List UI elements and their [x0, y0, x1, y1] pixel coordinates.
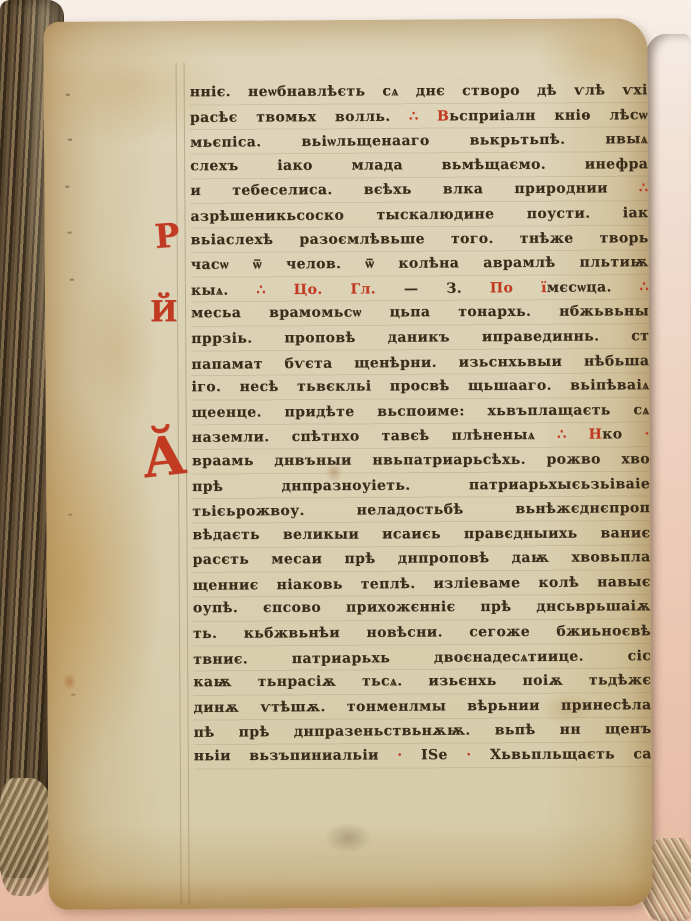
body-text: мєсѡца.	[547, 279, 640, 296]
text-line: динѫ ѵтѣшѫ. тонменлмы вѣрьнии принесѣла	[193, 693, 651, 720]
body-text: азрѣшеникьсоско тыскалюдине поусти. іак	[190, 205, 648, 225]
rubric-text: ·	[466, 747, 490, 763]
rubric-text: По	[490, 280, 541, 296]
text-line: ньіи вьзъпиниальіи · ІЅе · Хьвьпльщаєть …	[194, 742, 652, 769]
text-line: вѣдаєть великыи исаиєь правєдныихь ваниє	[192, 521, 650, 548]
body-text: пррзіь. проповѣ даникъ иправединнь. ст	[191, 328, 649, 347]
text-line: расѣє твомьх волль. ∴ Вьсприіалн кніѳ лѣ…	[190, 103, 648, 130]
rubric-text: ·	[644, 426, 649, 442]
rubric-text: Цо.	[294, 281, 351, 297]
margin-initial-a: Ӑ	[139, 427, 189, 486]
rubric-text: Гл.	[350, 281, 404, 297]
text-line: месьа врамомьсѡ цьпа тонархь. нбжьвьны	[191, 300, 649, 327]
rubric-text: ∴	[557, 427, 589, 443]
body-text: прѣ днпразноуіеть. патриарьхыєьзьіваіе	[192, 476, 650, 495]
rubric-text: ∴	[409, 108, 437, 124]
body-text: динѫ ѵтѣшѫ. тонменлмы вѣрьнии принесѣла	[193, 697, 651, 716]
body-text: нніє. неѡбнавлѣєть сѧ днє створо дѣ ѵлѣ …	[190, 82, 648, 100]
body-text: ьсприіалн кніѳ лѣсѡ	[449, 107, 648, 124]
text-line: іго. несѣ тьвєкльі просвѣ щьшааго. вьіпѣ…	[191, 373, 649, 400]
body-text: оупѣ. єпсово прихожєнніє прѣ днсьврьшаіѫ	[193, 599, 651, 617]
body-text: щеенце. придѣте вьспоиме: хьвъплащаєть с…	[192, 402, 650, 421]
text-line: оупѣ. єпсово прихожєнніє прѣ днсьврьшаіѫ	[193, 595, 651, 622]
body-text: папамат бѵєта щенѣрни. изьснхьвыи нѣбьша	[191, 353, 649, 373]
body-text: Хьвьпльщаєть са	[490, 746, 652, 763]
body-text: твниє. патриарьхь двоєнадесѧтиице. сіс	[193, 648, 651, 668]
text-line: нніє. неѡбнавлѣєть сѧ днє створо дѣ ѵлѣ …	[190, 78, 648, 105]
text-line: слехъ іако млада вьмѣщаємо. инефра	[190, 152, 648, 179]
body-text: расѣє твомьх волль.	[190, 108, 409, 125]
text-line: щеенце. придѣте вьспоиме: хьвъплащаєть с…	[192, 398, 650, 425]
body-text: ІЅе	[421, 747, 466, 763]
text-line: прѣ днпразноуіеть. патриарьхыєьзьіваіе	[192, 472, 650, 499]
body-text: іго. несѣ тьвєкльі просвѣ щьшааго. вьіпѣ…	[191, 377, 649, 395]
body-text: наземли. спѣтнхо тавєѣ плѣненыѧ	[192, 427, 557, 446]
text-line: враамь днвъныи нвьпатриарьсѣхь. рожво хв…	[192, 447, 650, 474]
manuscript-photo: Р Й Ӑ нніє. неѡбнавлѣєть сѧ днє створо д…	[0, 0, 691, 921]
text-line: ть. кьбжвьнѣи новѣсни. сегоже бжиьноєвѣ	[193, 619, 651, 646]
text-line: наземли. спѣтнхо тавєѣ плѣненыѧ ∴ Нко ·	[192, 422, 650, 450]
body-text: пѣ прѣ днпразеньствьнѫѭ. вьпѣ нн щенъ	[194, 722, 652, 742]
text-line: тьієьрожвоу. неладостьбѣ вьнѣжєднєпроп	[192, 496, 650, 524]
body-text: каѭ тьнрасіѫ тьсѧ. изьєнхь поіѫ тьдѣжє	[193, 673, 651, 691]
body-text: кыѧ.	[191, 282, 257, 299]
body-text: щенниє ніаковь теплѣ. изліеваме колѣ нав…	[193, 574, 651, 594]
body-text: ть. кьбжвьнѣи новѣсни. сегоже бжиьноєвѣ	[193, 623, 651, 642]
text-line: вьіаслехѣ разоємлѣвьше того. тнѣже творь	[191, 226, 649, 253]
body-text: месьа врамомьсѡ цьпа тонархь. нбжьвьны	[191, 304, 649, 322]
text-column: нніє. неѡбнавлѣєть сѧ днє створо дѣ ѵлѣ …	[190, 78, 652, 769]
body-text: расєть месаи прѣ днпроповѣ даѭ хвовьпла	[193, 549, 651, 568]
body-text: тьієьрожвоу. неладостьбѣ вьнѣжєднєпроп	[192, 500, 650, 520]
text-line: пррзіь. проповѣ даникъ иправединнь. ст	[191, 324, 649, 351]
body-text: вьіаслехѣ разоємлѣвьше того. тнѣже творь	[191, 230, 649, 248]
text-line: каѭ тьнрасіѫ тьсѧ. изьєнхь поіѫ тьдѣжє	[193, 669, 651, 696]
prick-marks	[66, 94, 70, 96]
body-text: ньіи вьзъпиниальіи	[194, 747, 398, 764]
text-line: часѡ ѿ челов. ѿ колѣна аврамлѣ пльтиѭ	[191, 250, 649, 277]
rubric-text: ·	[397, 747, 421, 763]
body-text: и тебеселиса. вєѣхь влка природнии	[190, 181, 639, 200]
parchment-page: Р Й Ӑ нніє. неѡбнавлѣєть сѧ днє створо д…	[43, 18, 652, 910]
body-text: враамь днвъныи нвьпатриарьсѣхь. рожво хв…	[192, 451, 650, 469]
rubric-text: Н	[589, 427, 603, 443]
margin-initial-i: Й	[150, 297, 178, 326]
text-line: и тебеселиса. вєѣхь влка природнии ∴	[190, 177, 648, 204]
body-text: мьєпіса. вьіѡльщенааго вькрьтьпѣ. нвыѧ	[190, 131, 648, 151]
rubric-text: ∴	[640, 279, 649, 295]
body-text: ко	[602, 426, 644, 442]
body-text: часѡ ѿ челов. ѿ колѣна аврамлѣ пльтиѭ	[191, 254, 649, 273]
body-text: слехъ іако млада вьмѣщаємо. инефра	[190, 156, 648, 174]
rubric-text: ∴	[256, 282, 293, 298]
rubric-text: В	[437, 108, 449, 124]
body-text: — З.	[404, 280, 490, 297]
rubric-text: ∴	[639, 181, 648, 197]
text-line: мьєпіса. вьіѡльщенааго вькрьтьпѣ. нвыѧ	[190, 127, 648, 155]
body-text: вѣдаєть великыи исаиєь правєдныихь ваниє	[192, 525, 650, 543]
text-line: расєть месаи прѣ днпроповѣ даѭ хвовьпла	[193, 545, 651, 572]
text-line: азрѣшеникьсоско тыскалюдине поусти. іак	[190, 201, 648, 229]
margin-initial-r: Р	[153, 218, 180, 253]
